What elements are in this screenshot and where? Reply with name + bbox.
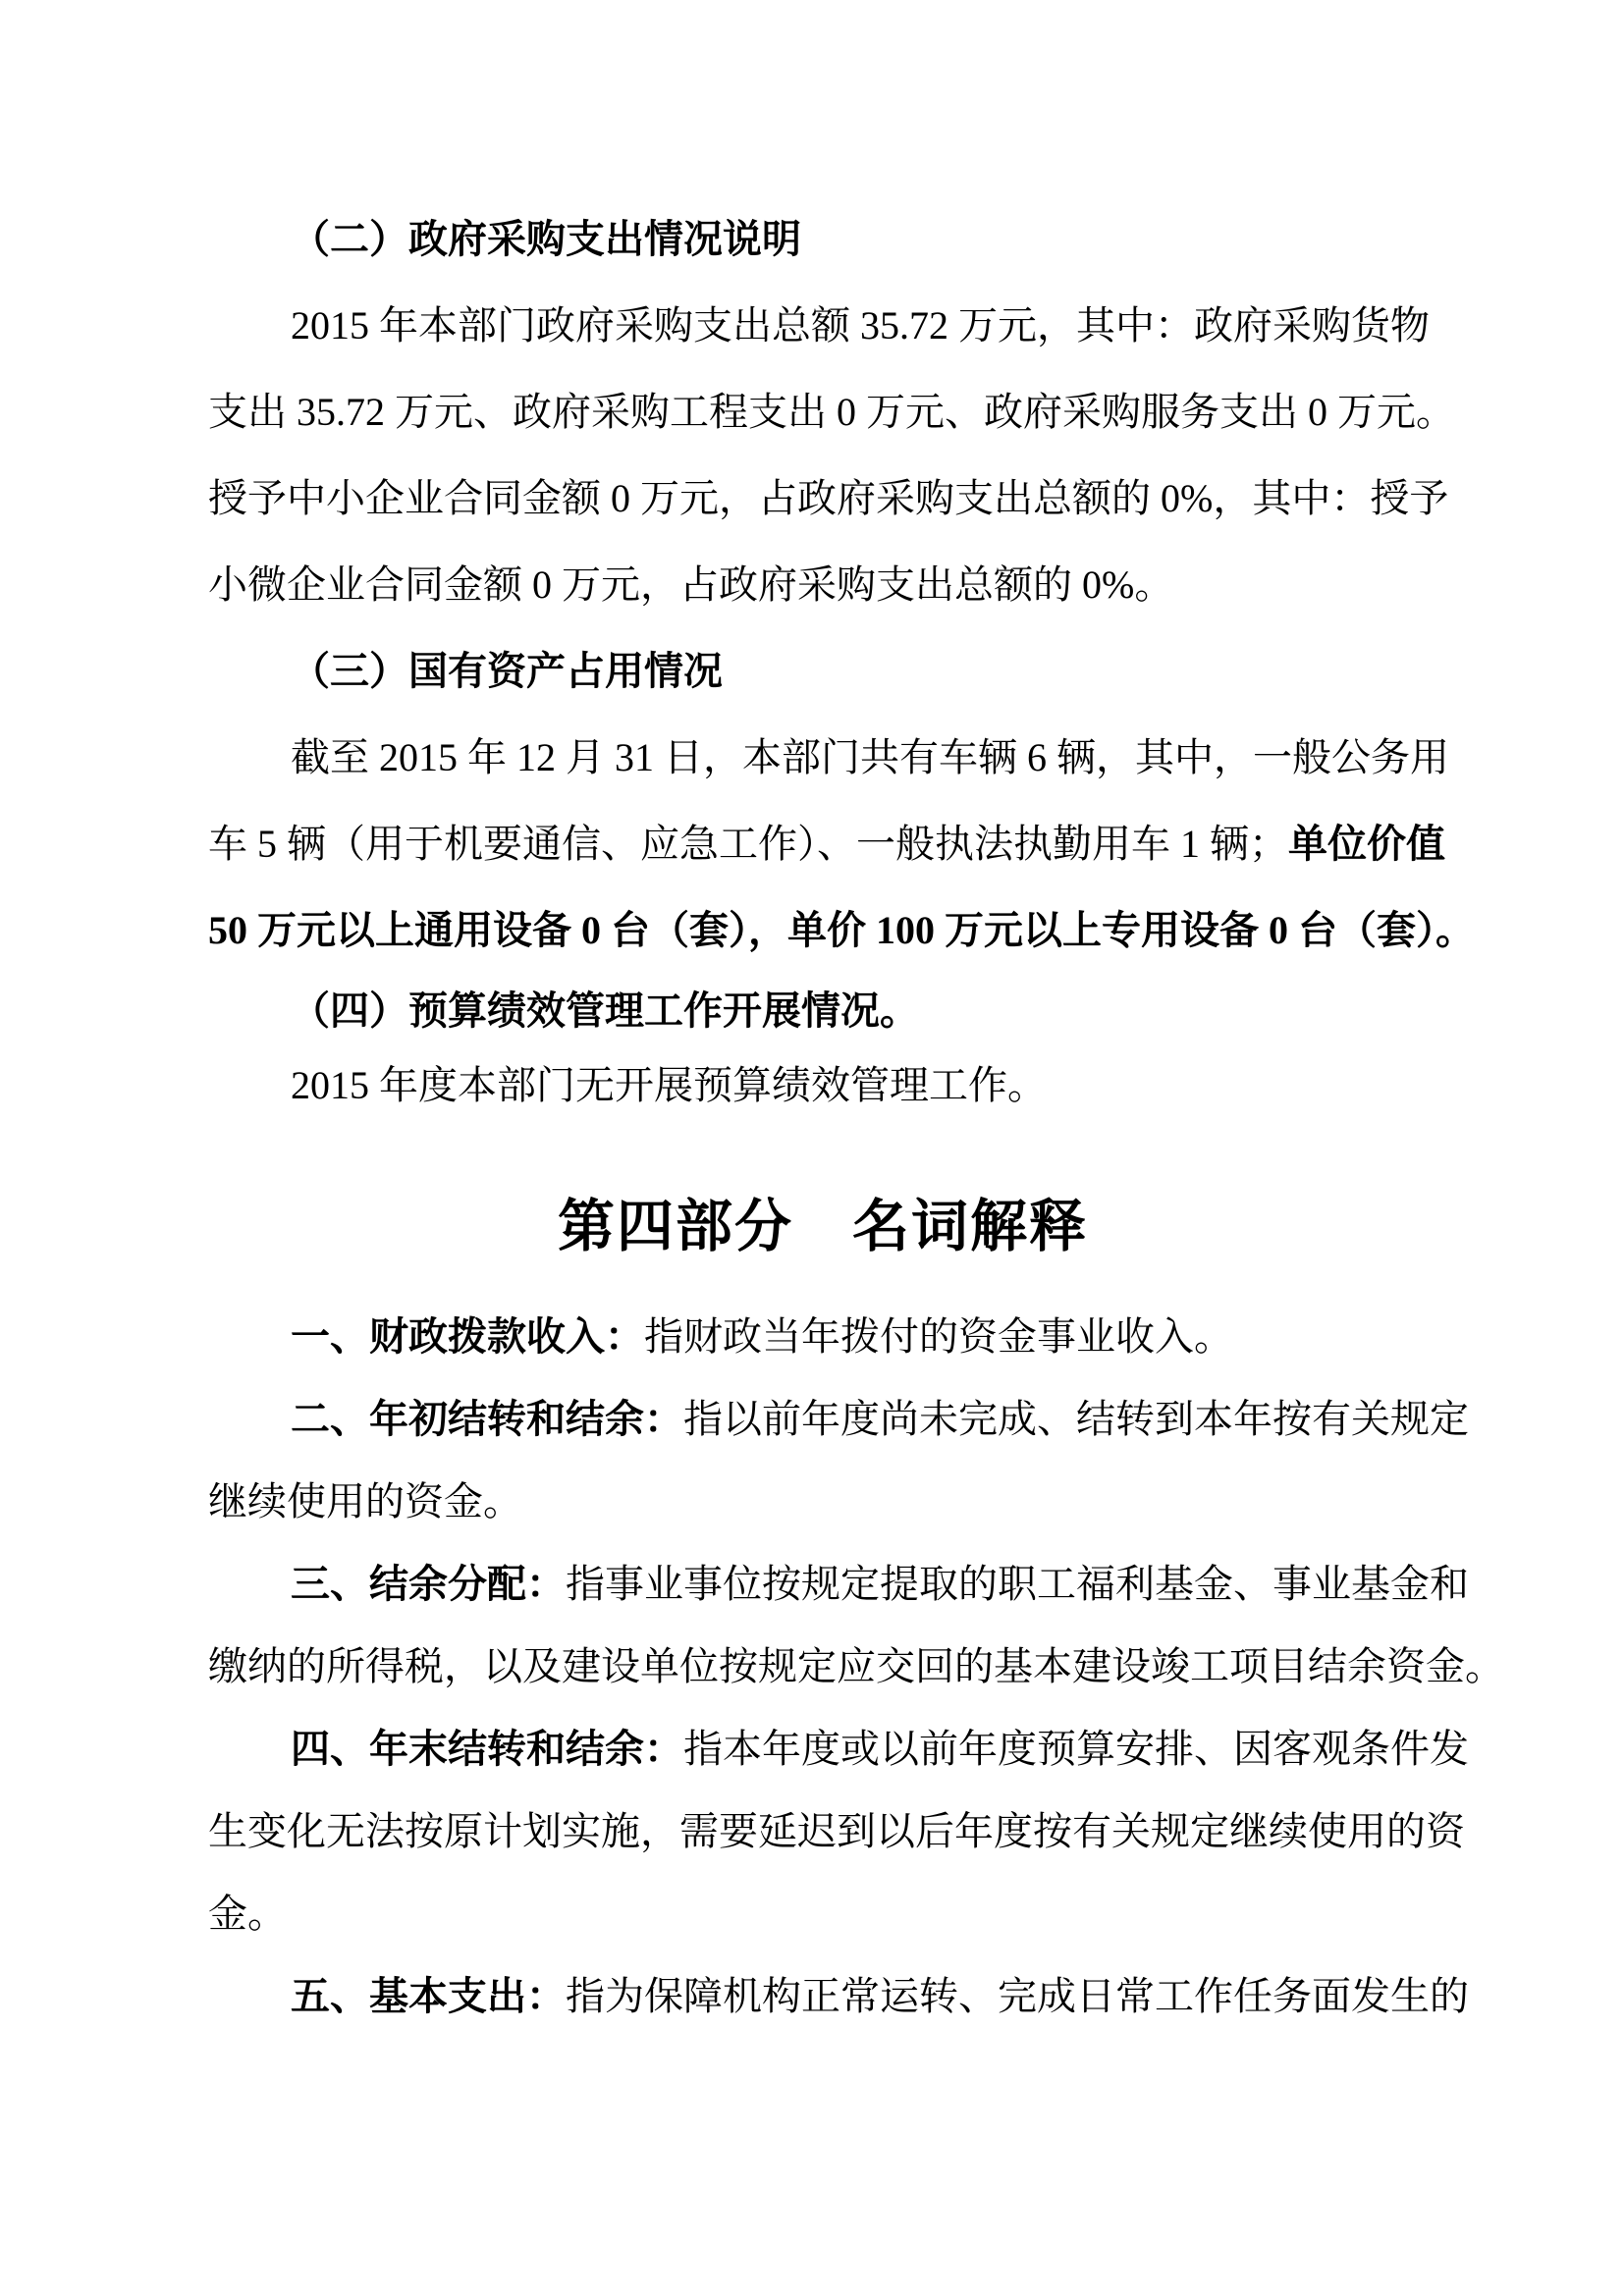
performance-paragraph-line-1: 2015 年度本部门无开展预算绩效管理工作。 — [208, 1048, 1437, 1123]
term-4-line-3: 金。 — [208, 1873, 1437, 1955]
term-5-line-1: 五、基本支出：指为保障机构正常运转、完成日常工作任务面发生的 — [208, 1955, 1437, 2038]
term-2-line-2: 继续使用的资金。 — [208, 1461, 1437, 1543]
assets-line-2-regular-text: 车 5 辆（用于机要通信、应急工作）、一般执法执勤用车 1 辆； — [208, 822, 1288, 866]
term-3-line-1: 三、结余分配：指事业事位按规定提取的职工福利基金、事业基金和 — [208, 1543, 1437, 1626]
term-4-definition: 指本年度或以前年度预算安排、因客观条件发 — [683, 1727, 1469, 1771]
term-3-label: 三、结余分配： — [291, 1562, 566, 1606]
procurement-paragraph-line-1: 2015 年本部门政府采购支出总额 35.72 万元，其中：政府采购货物 — [208, 283, 1437, 369]
document-page: （二）政府采购支出情况说明 2015 年本部门政府采购支出总额 35.72 万元… — [0, 0, 1624, 2296]
assets-line-2-bold-text: 单位价值 — [1288, 822, 1445, 866]
term-2-label: 二、年初结转和结余： — [291, 1397, 683, 1441]
procurement-paragraph-line-3: 授予中小企业合同金额 0 万元，占政府采购支出总额的 0%，其中：授予 — [208, 455, 1437, 542]
section-procurement-heading: （二）政府采购支出情况说明 — [208, 196, 1437, 283]
term-3-line-2: 缴纳的所得税，以及建设单位按规定应交回的基本建设竣工项目结余资金。 — [208, 1626, 1437, 1708]
section-performance-heading: （四）预算绩效管理工作开展情况。 — [208, 974, 1437, 1048]
assets-paragraph-line-1: 截至 2015 年 12 月 31 日，本部门共有车辆 6 辆，其中，一般公务用 — [208, 715, 1437, 801]
term-2-line-1: 二、年初结转和结余：指以前年度尚未完成、结转到本年按有关规定 — [208, 1378, 1437, 1461]
term-5-definition: 指为保障机构正常运转、完成日常工作任务面发生的 — [566, 1974, 1469, 2018]
term-2-definition: 指以前年度尚未完成、结转到本年按有关规定 — [683, 1397, 1469, 1441]
assets-paragraph-line-2: 车 5 辆（用于机要通信、应急工作）、一般执法执勤用车 1 辆；单位价值 — [208, 801, 1437, 887]
term-3-definition: 指事业事位按规定提取的职工福利基金、事业基金和 — [566, 1562, 1469, 1606]
term-1-label: 一、财政拨款收入： — [291, 1314, 644, 1359]
term-4-label: 四、年末结转和结余： — [291, 1727, 683, 1771]
term-1-line-1: 一、财政拨款收入：指财政当年拨付的资金事业收入。 — [208, 1296, 1437, 1378]
section-assets-heading: （三）国有资产占用情况 — [208, 628, 1437, 715]
term-1-definition: 指财政当年拨付的资金事业收入。 — [644, 1314, 1233, 1359]
term-4-line-1: 四、年末结转和结余：指本年度或以前年度预算安排、因客观条件发 — [208, 1708, 1437, 1790]
part4-title: 第四部分 名词解释 — [208, 1158, 1437, 1296]
procurement-paragraph-line-2: 支出 35.72 万元、政府采购工程支出 0 万元、政府采购服务支出 0 万元。 — [208, 369, 1437, 455]
term-4-line-2: 生变化无法按原计划实施，需要延迟到以后年度按有关规定继续使用的资 — [208, 1790, 1437, 1873]
assets-paragraph-line-3: 50 万元以上通用设备 0 台（套），单价 100 万元以上专用设备 0 台（套… — [208, 887, 1437, 974]
term-5-label: 五、基本支出： — [291, 1974, 566, 2018]
procurement-paragraph-line-4: 小微企业合同金额 0 万元，占政府采购支出总额的 0%。 — [208, 542, 1437, 628]
